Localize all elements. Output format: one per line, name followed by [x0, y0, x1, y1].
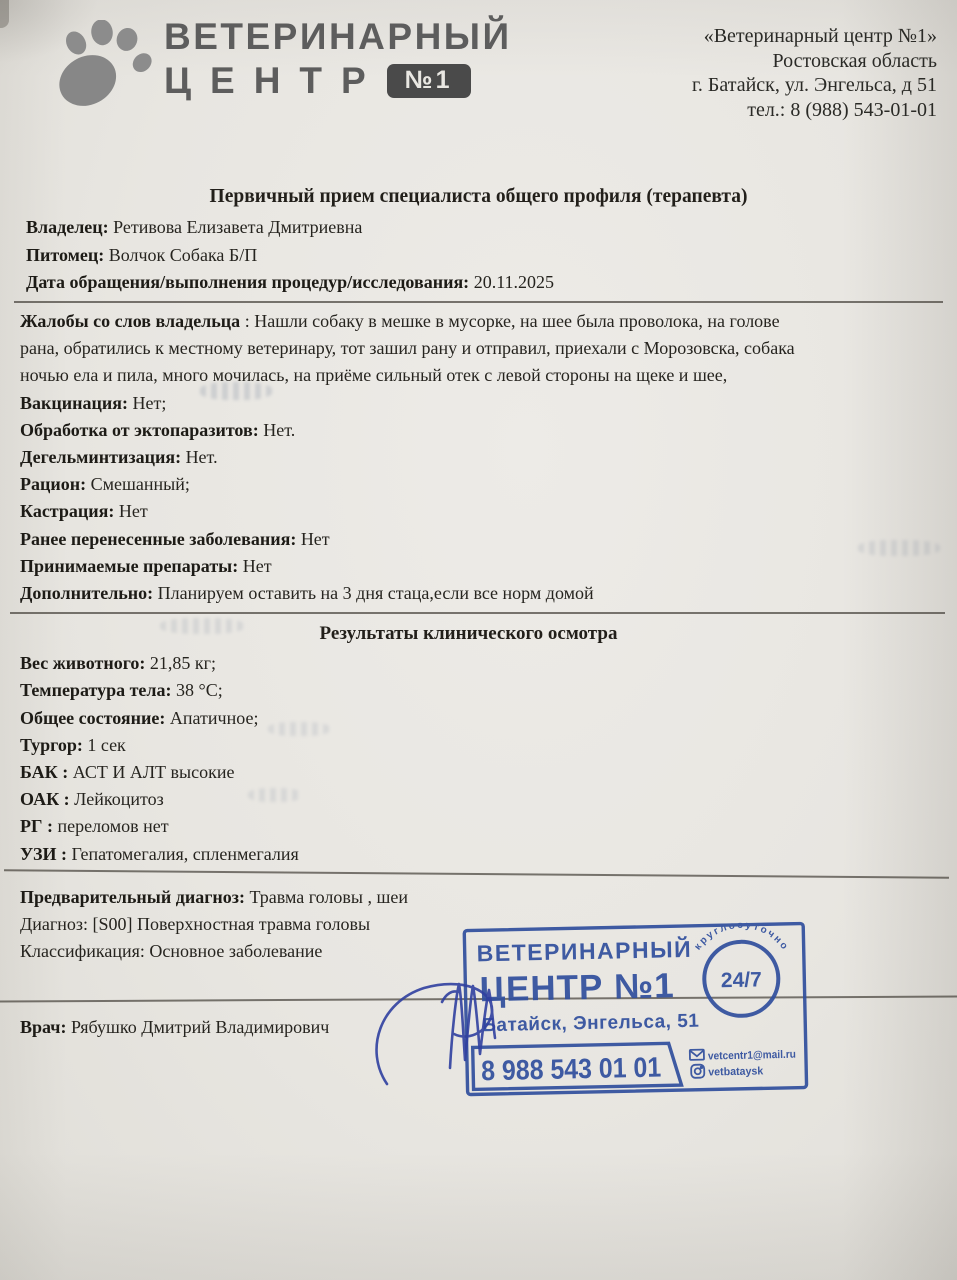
section-divider — [4, 869, 949, 878]
ectoparasite-treatment-row: Обработка от эктопаразитов: Нет. — [0, 417, 957, 444]
doctor-signature — [362, 972, 532, 1102]
complaints-line: Нашли собаку в мешке в мусорке, на шее б… — [254, 311, 779, 331]
complaints-paragraph: Жалобы со слов владельца : Нашли собаку … — [0, 308, 957, 390]
logo-word-veterinary: ВЕТЕРИНАРНЫЙ — [164, 18, 512, 55]
stamp-instagram: vetbataysk — [708, 1065, 764, 1078]
field-label: Температура тела: — [20, 680, 172, 700]
logo-badge-no1: №1 — [387, 64, 471, 98]
field-label: Классификация: — [20, 941, 145, 961]
field-value: Планируем оставить на 3 дня стаца,если в… — [158, 583, 594, 603]
field-label: Дата обращения/выполнения процедур/иссле… — [26, 272, 469, 292]
field-value: Нет — [119, 501, 148, 521]
field-value: Нет — [243, 556, 272, 576]
clinic-logo: ВЕТЕРИНАРНЫЙ ЦЕНТР №1 — [52, 18, 512, 116]
letterhead-line: Ростовская область — [692, 49, 937, 74]
field-value: Волчок Собака Б/П — [109, 245, 258, 265]
field-label: Обработка от эктопаразитов: — [20, 420, 259, 440]
letterhead-line: «Ветеринарный центр №1» — [692, 24, 937, 49]
deworming-row: Дегельминтизация: Нет. — [0, 444, 957, 471]
field-value: Нет; — [132, 393, 166, 413]
instagram-icon — [691, 1065, 704, 1078]
weight-row: Вес животного: 21,85 кг; — [0, 650, 957, 677]
letterhead-line: г. Батайск, ул. Энгельса, д 51 — [692, 73, 937, 98]
field-label: БАК : — [20, 762, 68, 782]
temperature-row: Температура тела: 38 °C; — [0, 677, 957, 704]
past-diseases-row: Ранее перенесенные заболевания: Нет — [0, 526, 957, 553]
field-label: Тургор: — [20, 735, 83, 755]
field-label: УЗИ : — [20, 844, 67, 864]
field-label: РГ : — [20, 816, 53, 836]
document-body: Первичный прием специалиста общего профи… — [0, 186, 957, 1041]
exam-section: Результаты клинического осмотра Вес живо… — [0, 623, 957, 868]
preliminary-diagnosis-row: Предварительный диагноз: Травма головы ,… — [0, 884, 957, 911]
biochemistry-row: БАК : АСТ И АЛТ высокие — [0, 759, 957, 786]
field-label: ОАК : — [20, 789, 70, 809]
visit-date-row: Дата обращения/выполнения процедур/иссле… — [0, 269, 957, 296]
field-value: Основное заболевание — [149, 941, 322, 961]
additional-row: Дополнительно: Планируем оставить на 3 д… — [0, 580, 957, 607]
vaccination-row: Вакцинация: Нет; — [0, 390, 957, 417]
field-label: Владелец: — [26, 217, 109, 237]
intro-section: Владелец: Ретивова Елизавета Дмитриевна … — [0, 214, 957, 296]
field-label: Дегельминтизация: — [20, 447, 181, 467]
field-label: Диагноз: — [20, 914, 88, 934]
field-label: Жалобы со слов владельца — [20, 311, 240, 331]
field-value: Апатичное; — [170, 708, 259, 728]
paw-icon — [52, 20, 152, 116]
section-divider — [14, 301, 943, 303]
pet-row: Питомец: Волчок Собака Б/П — [0, 242, 957, 269]
field-label: Кастрация: — [20, 501, 114, 521]
field-value: Нет. — [186, 447, 218, 467]
general-condition-row: Общее состояние: Апатичное; — [0, 705, 957, 732]
field-value: 20.11.2025 — [474, 272, 554, 292]
section-divider — [10, 612, 945, 614]
field-label: Принимаемые препараты: — [20, 556, 238, 576]
field-label: Ранее перенесенные заболевания: — [20, 529, 296, 549]
document-page: ВЕТЕРИНАРНЫЙ ЦЕНТР №1 «Ветеринарный цент… — [0, 0, 957, 1280]
field-value: Гепатомегалия, спленмегалия — [71, 844, 298, 864]
doctor-name: Рябушко Дмитрий Владимирович — [71, 1017, 329, 1037]
field-value: 1 сек — [87, 735, 125, 755]
field-label: Общее состояние: — [20, 708, 165, 728]
stamp-email: vetcentr1@mail.ru — [708, 1049, 796, 1063]
field-value: Нет. — [263, 420, 295, 440]
field-value: Лейкоцитоз — [74, 789, 164, 809]
owner-row: Владелец: Ретивова Елизавета Дмитриевна — [0, 214, 957, 241]
field-value: Травма головы , шеи — [249, 887, 408, 907]
ultrasound-row: УЗИ : Гепатомегалия, спленмегалия — [0, 841, 957, 868]
field-label: Врач: — [20, 1017, 66, 1037]
field-label: Предварительный диагноз: — [20, 887, 245, 907]
medications-row: Принимаемые препараты: Нет — [0, 553, 957, 580]
field-label: Питомец: — [26, 245, 104, 265]
anamnesis-section: Жалобы со слов владельца : Нашли собаку … — [0, 308, 957, 607]
field-value: АСТ И АЛТ высокие — [73, 762, 235, 782]
letterhead-line: тел.: 8 (988) 543-01-01 — [692, 98, 937, 123]
logo-word-center: ЦЕНТР — [164, 62, 385, 99]
xray-row: РГ : переломов нет — [0, 813, 957, 840]
stamp-24-7-badge: 24/7 — [721, 968, 762, 992]
complaints-line: ночью ела и пила, много мочилась, на при… — [20, 362, 957, 389]
exam-heading: Результаты клинического осмотра — [0, 623, 937, 645]
letterhead-header: ВЕТЕРИНАРНЫЙ ЦЕНТР №1 «Ветеринарный цент… — [0, 0, 957, 122]
letterhead-address: «Ветеринарный центр №1» Ростовская облас… — [692, 18, 941, 122]
field-label: Дополнительно: — [20, 583, 153, 603]
label-separator: : — [240, 311, 254, 331]
logo-text: ВЕТЕРИНАРНЫЙ ЦЕНТР №1 — [164, 18, 512, 99]
stamp-clinic-name-line1: ВЕТЕРИНАРНЫЙ — [476, 935, 692, 967]
envelope-icon — [690, 1050, 704, 1060]
page-title: Первичный прием специалиста общего профи… — [0, 186, 957, 208]
field-value: 38 °C; — [176, 680, 223, 700]
field-value: переломов нет — [57, 816, 168, 836]
diet-row: Рацион: Смешанный; — [0, 471, 957, 498]
field-value: Ретивова Елизавета Дмитриевна — [113, 217, 362, 237]
cbc-row: ОАК : Лейкоцитоз — [0, 786, 957, 813]
field-label: Вакцинация: — [20, 393, 128, 413]
field-value: Смешанный; — [91, 474, 190, 494]
field-value: 21,85 кг; — [150, 653, 216, 673]
field-label: Вес животного: — [20, 653, 145, 673]
field-value: Нет — [301, 529, 330, 549]
turgor-row: Тургор: 1 сек — [0, 732, 957, 759]
complaints-line: рана, обратились к местному ветеринару, … — [20, 335, 957, 362]
castration-row: Кастрация: Нет — [0, 498, 957, 525]
field-value: [S00] Поверхностная травма головы — [93, 914, 371, 934]
field-label: Рацион: — [20, 474, 86, 494]
